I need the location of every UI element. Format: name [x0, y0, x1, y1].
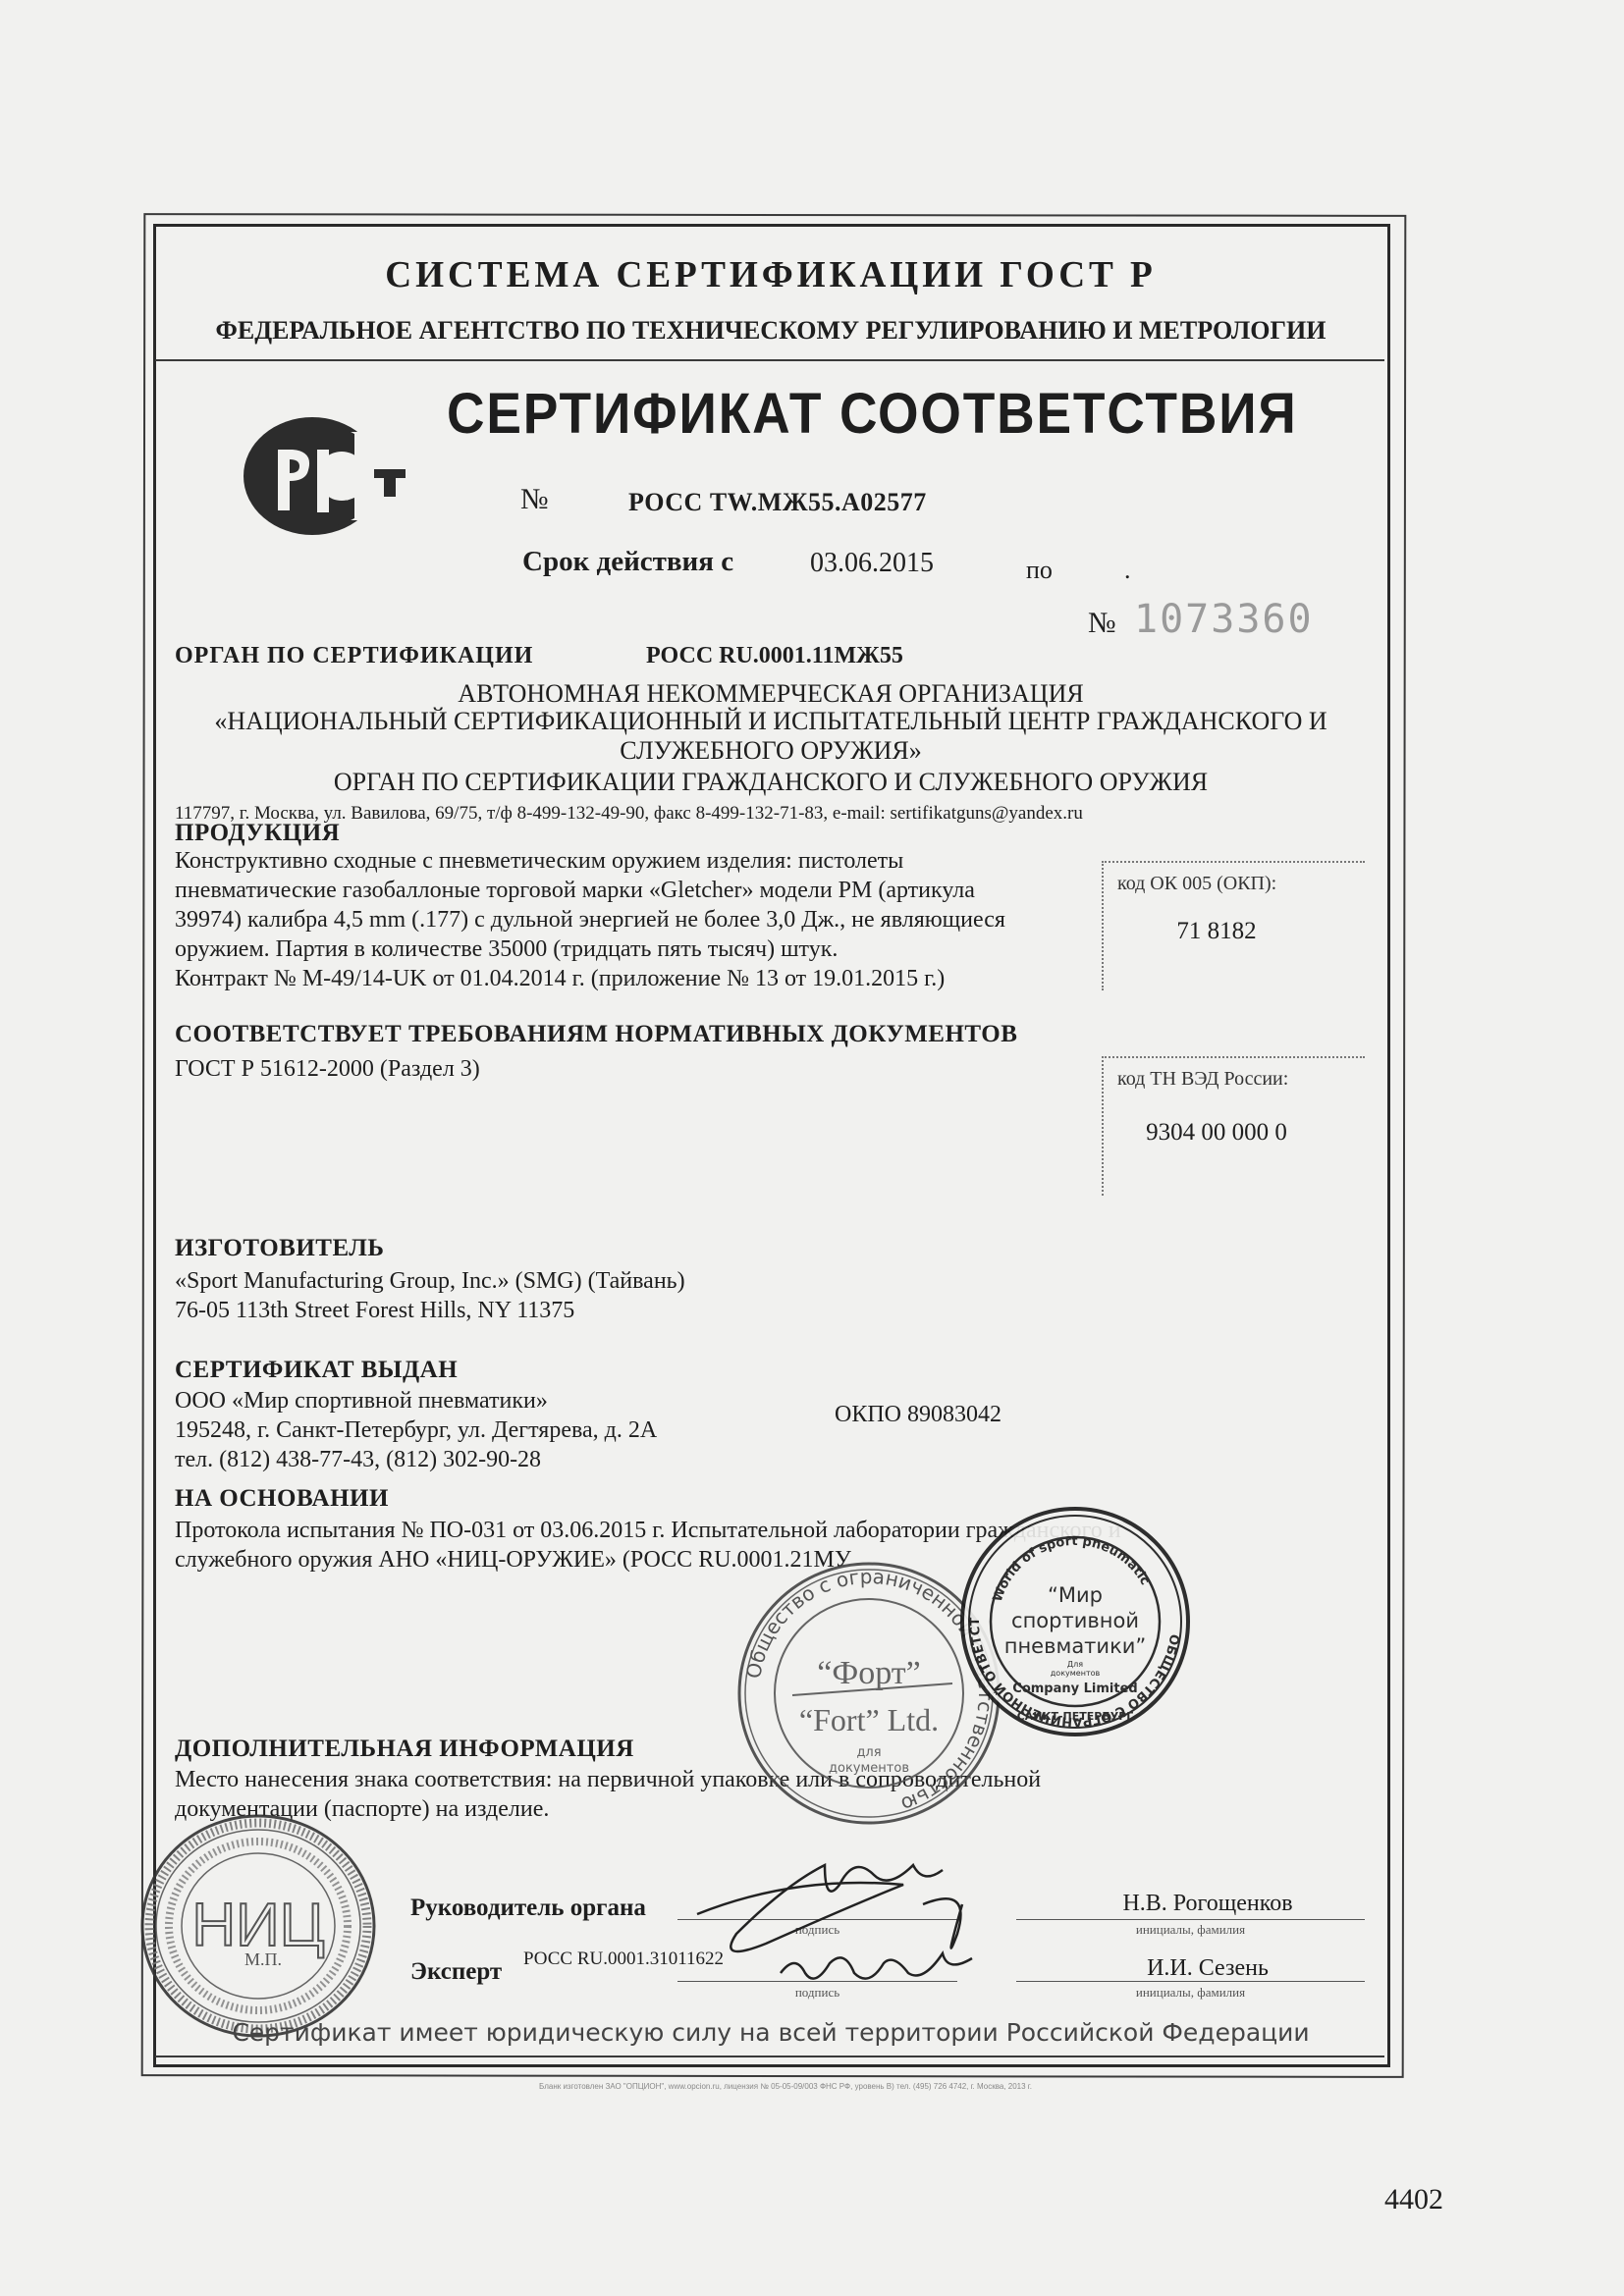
okpo-code: ОКПО 89083042: [835, 1402, 1001, 1428]
certification-body-line: СЛУЖЕБНОГО ОРУЖИЯ»: [157, 736, 1384, 766]
certification-body-code: РОСС RU.0001.11МЖ55: [646, 643, 903, 669]
issued-to-phone: тел. (812) 438-77-43, (812) 302-90-28: [175, 1445, 657, 1474]
product-line: Конструктивно сходные с пневметическим о…: [175, 846, 1098, 876]
head-name-caption: инициалы, фамилия: [1016, 1922, 1365, 1938]
fort-stamp-small: документов: [829, 1761, 909, 1776]
conformity-standard: ГОСТ Р 51612-2000 (Раздел 3): [175, 1054, 480, 1084]
valid-from-date: 03.06.2015: [810, 548, 934, 579]
system-title: СИСТЕМА СЕРТИФИКАЦИИ ГОСТ Р: [170, 253, 1373, 296]
certificate-number-label: №: [520, 483, 549, 516]
nic-stamp-icon: НИЦ М.П.: [135, 1808, 381, 2044]
product-line: пневматические газобаллоные торговой мар…: [175, 876, 1098, 905]
legal-statement: Сертификат имеет юридическую силу на все…: [157, 2018, 1384, 2047]
product-description: Конструктивно сходные с пневметическим о…: [175, 846, 1098, 993]
fort-stamp-name-ru: “Форт”: [817, 1655, 920, 1691]
manufacturer-details: «Sport Manufacturing Group, Inc.» (SMG) …: [175, 1266, 685, 1325]
valid-to-date: .: [1124, 556, 1131, 585]
rst-logo-icon: [239, 412, 410, 540]
okp-code-label: код ОК 005 (ОКП):: [1117, 873, 1276, 895]
manufacturer-address: 76-05 113th Street Forest Hills, NY 1137…: [175, 1296, 685, 1325]
product-line: оружием. Партия в количестве 35000 (трид…: [175, 934, 1098, 964]
basis-heading: НА ОСНОВАНИИ: [175, 1485, 389, 1513]
mir-stamp-icon: ОБЩЕСТВО С ОГРАНИЧЕННОЙ ОТВЕТСТВЕННОСТЬЮ…: [957, 1504, 1193, 1739]
page-number: 4402: [1384, 2183, 1443, 2216]
fort-stamp-name-en: “Fort” Ltd.: [799, 1702, 939, 1737]
expert-name-line: [1016, 1981, 1365, 1982]
valid-to-label: по: [1026, 556, 1053, 585]
footer-divider: [155, 2056, 1384, 2057]
additional-info-heading: ДОПОЛНИТЕЛЬНАЯ ИНФОРМАЦИЯ: [175, 1735, 634, 1763]
head-of-body-label: Руководитель органа: [410, 1895, 646, 1922]
okp-code-box: код ОК 005 (ОКП): 71 8182: [1102, 861, 1365, 990]
certification-body-line: АВТОНОМНАЯ НЕКОММЕРЧЕСКАЯ ОРГАНИЗАЦИЯ: [157, 679, 1384, 709]
tnved-code-box: код ТН ВЭД России: 9304 00 000 0: [1102, 1056, 1365, 1196]
mir-stamp-city: САНКТ-ПЕТЕРБУРГ: [1017, 1710, 1134, 1723]
expert-name-caption: инициалы, фамилия: [1016, 1985, 1365, 2001]
manufacturer-heading: ИЗГОТОВИТЕЛЬ: [175, 1235, 384, 1262]
tnved-code-value: 9304 00 000 0: [1104, 1119, 1329, 1147]
certificate-title: СЕРТИФИКАТ СООТВЕТСТВИЯ: [447, 381, 1298, 447]
certificate-number: РОСС TW.МЖ55.А02577: [628, 488, 927, 517]
tnved-code-label: код ТН ВЭД России:: [1117, 1068, 1288, 1091]
issued-to-name: ООО «Мир спортивной пневматики»: [175, 1386, 657, 1415]
issued-to-heading: СЕРТИФИКАТ ВЫДАН: [175, 1357, 458, 1384]
issued-to-details: ООО «Мир спортивной пневматики» 195248, …: [175, 1386, 657, 1474]
product-line: 39974) калибра 4,5 mm (.177) с дульной э…: [175, 905, 1098, 934]
serial-label: №: [1088, 607, 1116, 640]
certification-body-label: ОРГАН ПО СЕРТИФИКАЦИИ: [175, 643, 533, 669]
expert-signature-icon: [776, 1944, 1001, 2002]
mir-stamp-center: “Мир: [1048, 1583, 1103, 1607]
additional-info-line: Место нанесения знака соответствия: на п…: [175, 1765, 1255, 1794]
issued-to-address: 195248, г. Санкт-Петербург, ул. Дегтярев…: [175, 1415, 657, 1445]
header-divider: [155, 359, 1384, 361]
expert-label: Эксперт: [410, 1958, 502, 1986]
fort-stamp-small: для: [856, 1745, 881, 1760]
mir-stamp-small: документов: [1051, 1669, 1101, 1678]
contract-line: Контракт № М-49/14-UK от 01.04.2014 г. (…: [175, 964, 1098, 993]
form-fineprint: Бланк изготовлен ЗАО "ОПЦИОН", www.opcio…: [295, 2082, 1276, 2091]
certification-body-line: ОРГАН ПО СЕРТИФИКАЦИИ ГРАЖДАНСКОГО И СЛУ…: [157, 768, 1384, 797]
mir-stamp-center: спортивной: [1011, 1609, 1139, 1632]
conformity-heading: СООТВЕТСТВУЕТ ТРЕБОВАНИЯМ НОРМАТИВНЫХ ДО…: [175, 1021, 1017, 1048]
certification-body-line: «НАЦИОНАЛЬНЫЙ СЕРТИФИКАЦИОННЫЙ И ИСПЫТАТ…: [157, 707, 1384, 736]
mir-stamp-company: Company Limited: [1012, 1682, 1137, 1696]
okp-code-value: 71 8182: [1104, 918, 1329, 945]
validity-label: Срок действия с: [522, 546, 733, 578]
form-serial-number: 1073360: [1134, 597, 1314, 642]
mir-stamp-small: Для: [1067, 1660, 1083, 1669]
product-heading: ПРОДУКЦИЯ: [175, 820, 340, 847]
manufacturer-name: «Sport Manufacturing Group, Inc.» (SMG) …: [175, 1266, 685, 1296]
head-name-line: [1016, 1919, 1365, 1920]
head-name: Н.В. Рогощенков: [1065, 1891, 1350, 1917]
mir-stamp-center: пневматики”: [1004, 1634, 1147, 1658]
agency-name: ФЕДЕРАЛЬНОЕ АГЕНТСТВО ПО ТЕХНИЧЕСКОМУ РЕ…: [157, 316, 1384, 346]
nic-stamp-sub: М.П.: [244, 1949, 282, 1969]
expert-name: И.И. Сезень: [1065, 1955, 1350, 1982]
